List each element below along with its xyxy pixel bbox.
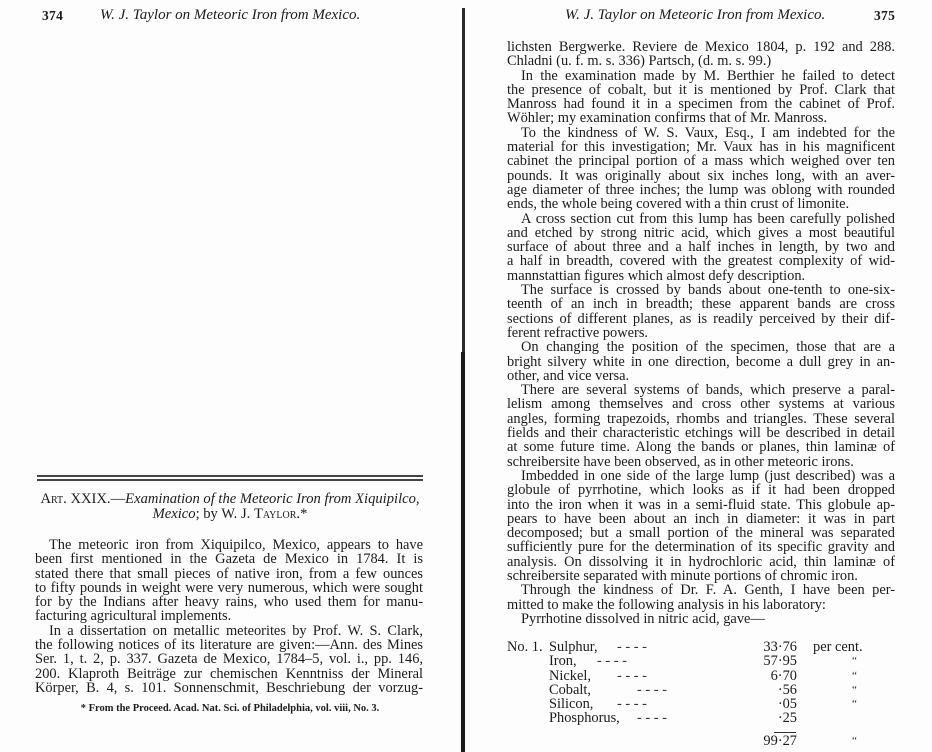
analysis-total: 99·27 (763, 734, 797, 748)
page-number: 374 (42, 8, 63, 24)
footnote: * From the Proceed. Acad. Nat. Sci. of P… (35, 703, 425, 714)
article-title: Art. XXIX.—Examination of the Meteoric I… (35, 492, 425, 522)
article-number: Art. XXIX. (40, 491, 110, 507)
running-head: W. J. Taylor on Meteoric Iron from Mexic… (565, 7, 825, 24)
page-number: 375 (874, 8, 895, 24)
analysis-total-row: 99·27 “ (507, 734, 907, 748)
analysis-row: No. 1. Sulphur, - - - - 33·76 per cent. (507, 640, 907, 654)
running-head: W. J. Taylor on Meteoric Iron from Mexic… (100, 7, 360, 24)
analysis-row: Iron, - - - - 57·95 “ (507, 654, 907, 668)
book-binding-gutter (461, 352, 465, 752)
article-author: Taylor (254, 506, 296, 522)
analysis-row: Cobalt, - - - - ·56 “ (507, 683, 907, 697)
left-body-text: The meteoric iron from Xiquipilco, Mexic… (35, 538, 423, 695)
sample-label: No. 1. (507, 640, 543, 654)
right-body-text: lichsten Bergwerke. Reviere de Mexico 18… (507, 40, 895, 626)
section-rule (37, 479, 423, 481)
analysis-row: Silicon, - - - - ·05 “ (507, 697, 907, 711)
section-rule (37, 475, 423, 477)
analysis-row: Nickel, - - - - 6·70 “ (507, 669, 907, 683)
analysis-row: Phosphorus, - - - - ·25 (507, 711, 907, 725)
article-title-text: Examination of the Meteoric Iron from Xi… (125, 491, 419, 507)
left-page: 374 W. J. Taylor on Meteoric Iron from M… (0, 0, 462, 752)
analysis-table: No. 1. Sulphur, - - - - 33·76 per cent. … (507, 640, 907, 748)
right-page: W. J. Taylor on Meteoric Iron from Mexic… (466, 0, 932, 752)
